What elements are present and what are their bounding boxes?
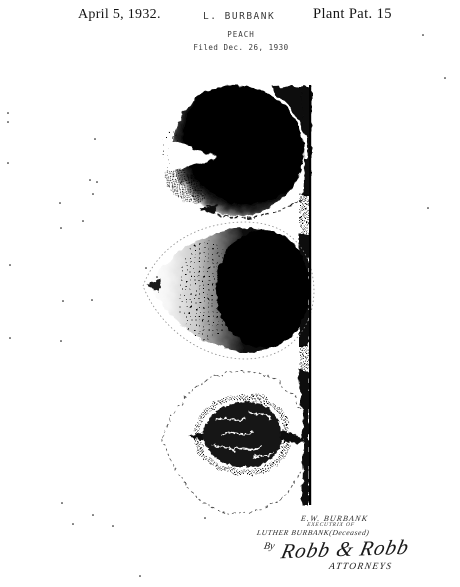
figure-cross-section xyxy=(162,371,307,514)
attorney-signature: Robb & Robb xyxy=(279,535,412,564)
by-label: By xyxy=(263,541,275,552)
plate-border-rule xyxy=(309,85,311,505)
attorneys-label: ATTORNEYS xyxy=(328,562,393,572)
figure-whole-peach-top xyxy=(158,83,306,217)
figure-plate xyxy=(0,0,460,587)
figure-whole-peach-side xyxy=(143,222,314,359)
patent-sheet: April 5, 1932. L. BURBANK Plant Pat. 15 … xyxy=(0,0,460,587)
deceased-inventor-line: LUTHER BURBANK(Deceased) xyxy=(256,528,370,537)
